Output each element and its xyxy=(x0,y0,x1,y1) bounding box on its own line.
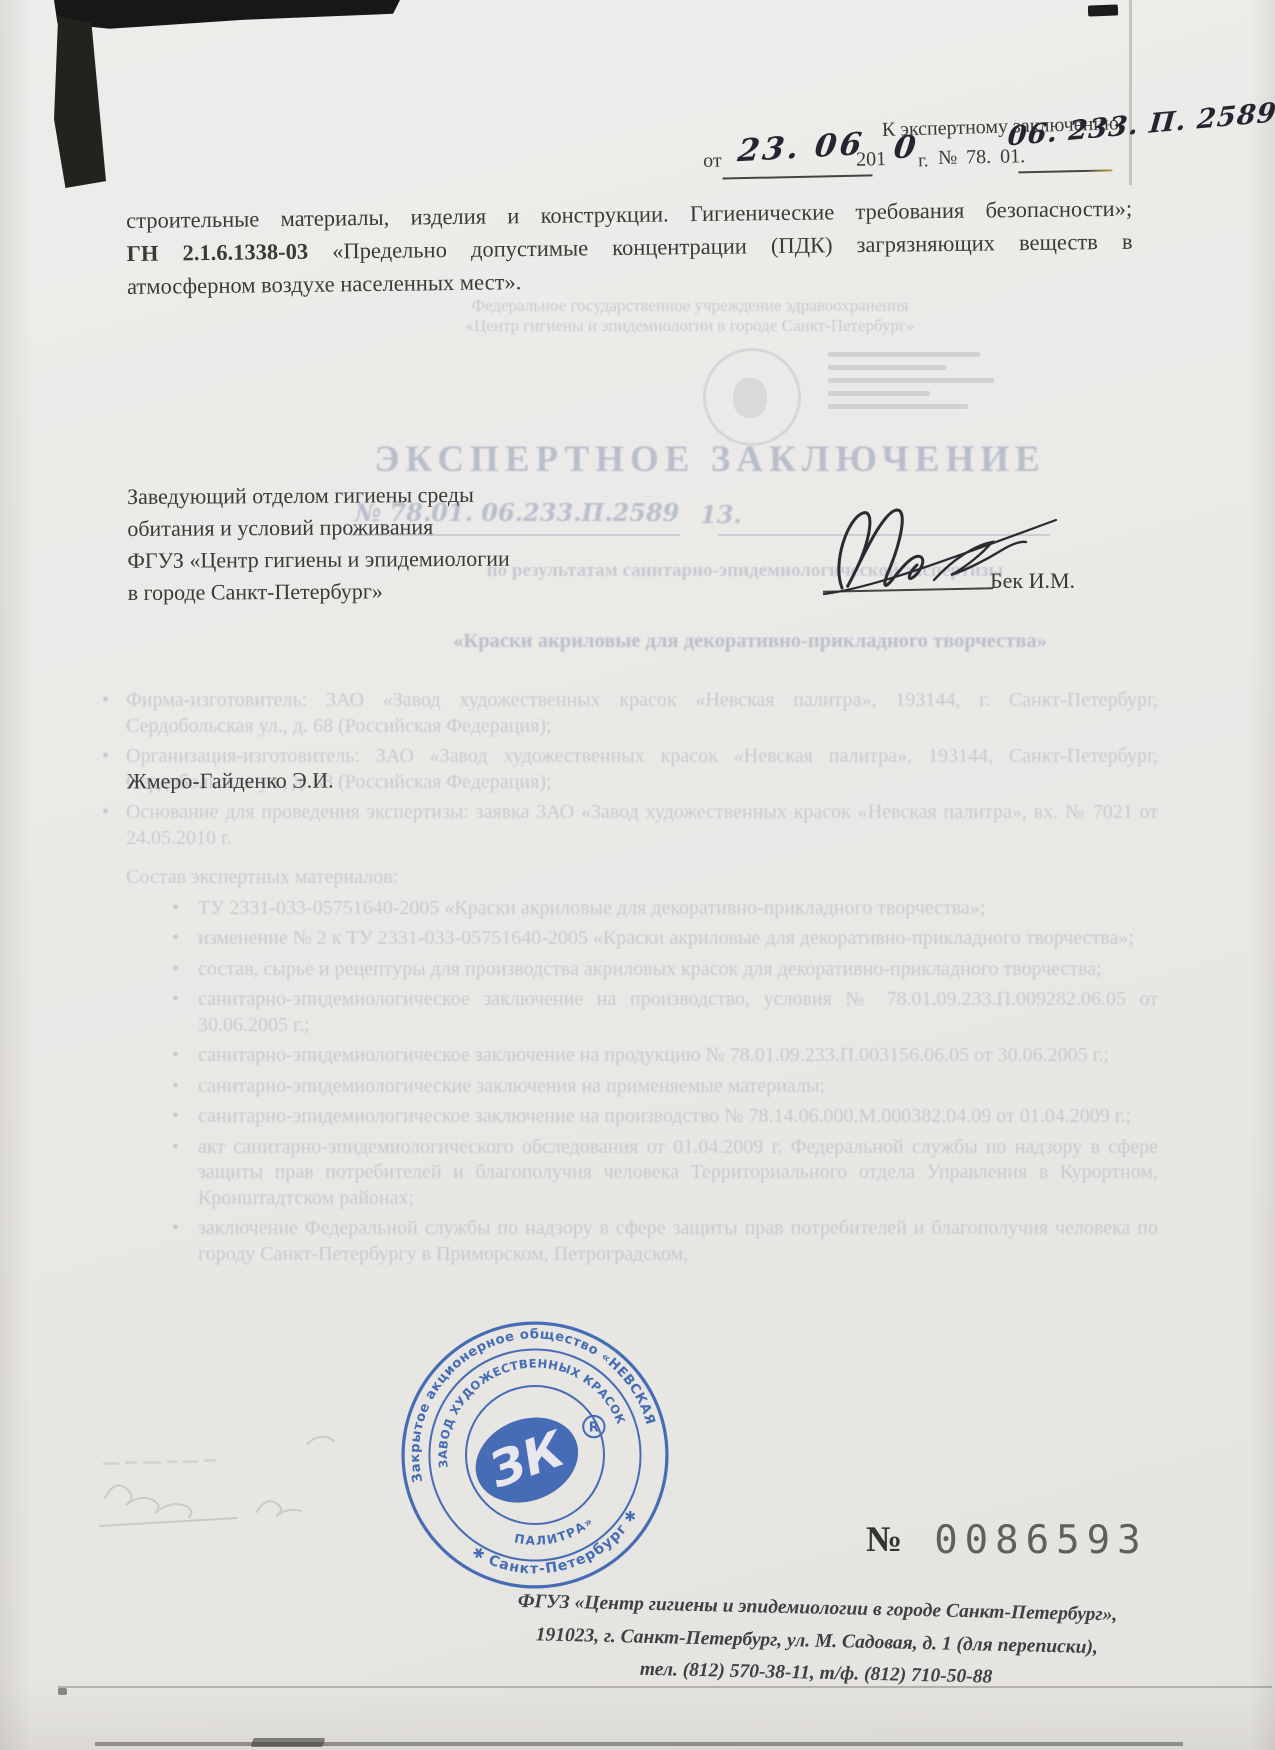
date-underline xyxy=(722,174,872,179)
bleedthrough-org-line-2: «Центр гигиены и эпидемиологии в городе … xyxy=(340,316,1040,336)
bleedthrough-item-text: Основание для проведения экспертизы: зая… xyxy=(126,801,1158,849)
numero-sign: № xyxy=(866,1519,902,1559)
bleedthrough-bullet: • xyxy=(172,926,179,952)
bleedthrough-small-line xyxy=(828,352,980,357)
bleedthrough-materials-label: Состав экспертных материалов: xyxy=(100,865,1158,891)
date-handwritten: 23. 06 xyxy=(736,126,867,169)
signatory-title-line: в городе Санкт-Петербург» xyxy=(128,575,511,609)
bleedthrough-material-text: заключение Федеральной службы по надзору… xyxy=(198,1217,1158,1265)
stamp-registered-letter: R xyxy=(589,1421,599,1436)
footer-address-block: ФГУЗ «Центр гигиены и эпидемиологии в го… xyxy=(476,1585,1158,1698)
bleedthrough-material: •заключение Федеральной службы по надзор… xyxy=(100,1216,1158,1267)
bleedthrough-bullet: • xyxy=(172,1135,179,1161)
bleedthrough-item: •Фирма-изготовитель: ЗАО «Завод художест… xyxy=(100,688,1158,739)
header-date-row: от 23. 06 201 0 г. № 78. 01. 06. 233. П.… xyxy=(699,118,1180,183)
bleedthrough-small-line xyxy=(828,378,994,383)
case-number-underline xyxy=(1018,169,1112,173)
signature-ink xyxy=(808,492,1068,602)
bleedthrough-small-text-block xyxy=(828,352,994,417)
bleedthrough-material: •ТУ 2331-033-05751640-2005 «Краски акрил… xyxy=(100,896,1158,922)
bleedthrough-small-line xyxy=(828,365,946,370)
bleedthrough-emblem-core xyxy=(733,378,767,418)
bleedthrough-material: •санитарно-эпидемиологическое заключение… xyxy=(100,987,1158,1038)
bleedthrough-material: •санитарно-эпидемиологическое заключение… xyxy=(100,1104,1158,1130)
faint-handwriting-marks xyxy=(85,1428,395,1553)
bleedthrough-small-line xyxy=(828,404,968,409)
expert-name: Жмеро-Гайденко Э.И. xyxy=(127,767,334,794)
from-label: от xyxy=(703,150,722,173)
bleedthrough-item: •Основание для проведения экспертизы: за… xyxy=(100,800,1158,851)
serial-number: 0086593 xyxy=(934,1518,1147,1563)
bleedthrough-material: •акт санитарно-эпидемиологического обсле… xyxy=(100,1135,1158,1212)
bleedthrough-material: •санитарно-эпидемиологические заключения… xyxy=(100,1074,1158,1100)
bleedthrough-material-text: санитарно-эпидемиологическое заключение … xyxy=(198,988,1158,1036)
bleedthrough-bullet: • xyxy=(102,744,109,770)
bleedthrough-number-line-2: 13. xyxy=(700,500,742,529)
scanned-document-page: Федеральное государственное учреждение з… xyxy=(0,0,1275,1750)
bleedthrough-bullet: • xyxy=(172,1104,179,1130)
bleedthrough-material: •изменение № 2 к ТУ 2331-033-05751640-20… xyxy=(100,926,1158,952)
bleedthrough-bullet: • xyxy=(102,800,109,826)
bleedthrough-material-text: акт санитарно-эпидемиологического обслед… xyxy=(198,1136,1158,1209)
bleedthrough-material: •состав, сырье и рецептуры для производс… xyxy=(100,957,1158,983)
serial-number-row: № 0086593 xyxy=(866,1518,1148,1563)
bleedthrough-bullet: • xyxy=(172,1043,179,1069)
scan-edge-line-bottom xyxy=(58,1686,1272,1688)
bleedthrough-big-title: ЭКСПЕРТНОЕ ЗАКЛЮЧЕНИЕ xyxy=(345,438,1075,481)
bleedthrough-material-text: ТУ 2331-033-05751640-2005 «Краски акрило… xyxy=(198,897,985,919)
case-number-handwritten: 06. 233. П. 2589 xyxy=(1006,97,1275,152)
year-handwritten: 0 xyxy=(892,129,918,166)
paragraph-line-rest: «Предельно допустимые концентрации (ПДК)… xyxy=(332,229,1133,264)
bleedthrough-material-text: санитарно-эпидемиологические заключения … xyxy=(198,1075,825,1097)
signatory-title-line: Заведующий отделом гигиены среды xyxy=(127,479,510,513)
main-paragraph: строительные материалы, изделия и констр… xyxy=(126,192,1133,303)
bleedthrough-product-name: «Краски акриловые для декоративно-прикла… xyxy=(400,630,1100,653)
bleedthrough-material-text: санитарно-эпидемиологическое заключение … xyxy=(198,1105,1131,1127)
gn-code: ГН 2.1.6.1338-03 xyxy=(126,239,308,266)
bleedthrough-bullet: • xyxy=(172,957,179,983)
scan-dot-bottom-left xyxy=(58,1688,67,1695)
bleedthrough-bullet: • xyxy=(172,1074,179,1100)
bleedthrough-material-text: изменение № 2 к ТУ 2331-033-05751640-200… xyxy=(198,927,1134,949)
scan-speck-top-right xyxy=(1088,4,1118,16)
scan-edge-line-right xyxy=(1129,0,1132,185)
year-printed: 201 xyxy=(856,148,886,172)
bleedthrough-bullet: • xyxy=(172,987,179,1013)
folded-corner-paper xyxy=(68,13,350,183)
signatory-title-line: ФГУЗ «Центр гигиены и эпидемиологии xyxy=(127,543,510,577)
year-unit: г. xyxy=(918,150,929,172)
signatory-title-line: обитания и условий проживания xyxy=(127,511,510,545)
scan-smudge-bottom xyxy=(251,1738,326,1747)
bleedthrough-item-text: Фирма-изготовитель: ЗАО «Завод художеств… xyxy=(126,689,1158,737)
bleedthrough-bullet: • xyxy=(102,688,109,714)
bleedthrough-material-text: санитарно-эпидемиологическое заключение … xyxy=(198,1044,1109,1066)
bleedthrough-material-text: состав, сырье и рецептуры для производст… xyxy=(198,958,1102,980)
bleedthrough-bullet: • xyxy=(172,896,179,922)
signatory-title-block: Заведующий отделом гигиены среды обитани… xyxy=(127,479,510,609)
bleedthrough-material: •санитарно-эпидемиологическое заключение… xyxy=(100,1043,1158,1069)
bleedthrough-bullet: • xyxy=(172,1216,179,1242)
bleedthrough-small-line xyxy=(828,391,930,396)
company-stamp: Закрытое акционерное общество «НЕВСКАЯ ✱… xyxy=(398,1318,672,1592)
